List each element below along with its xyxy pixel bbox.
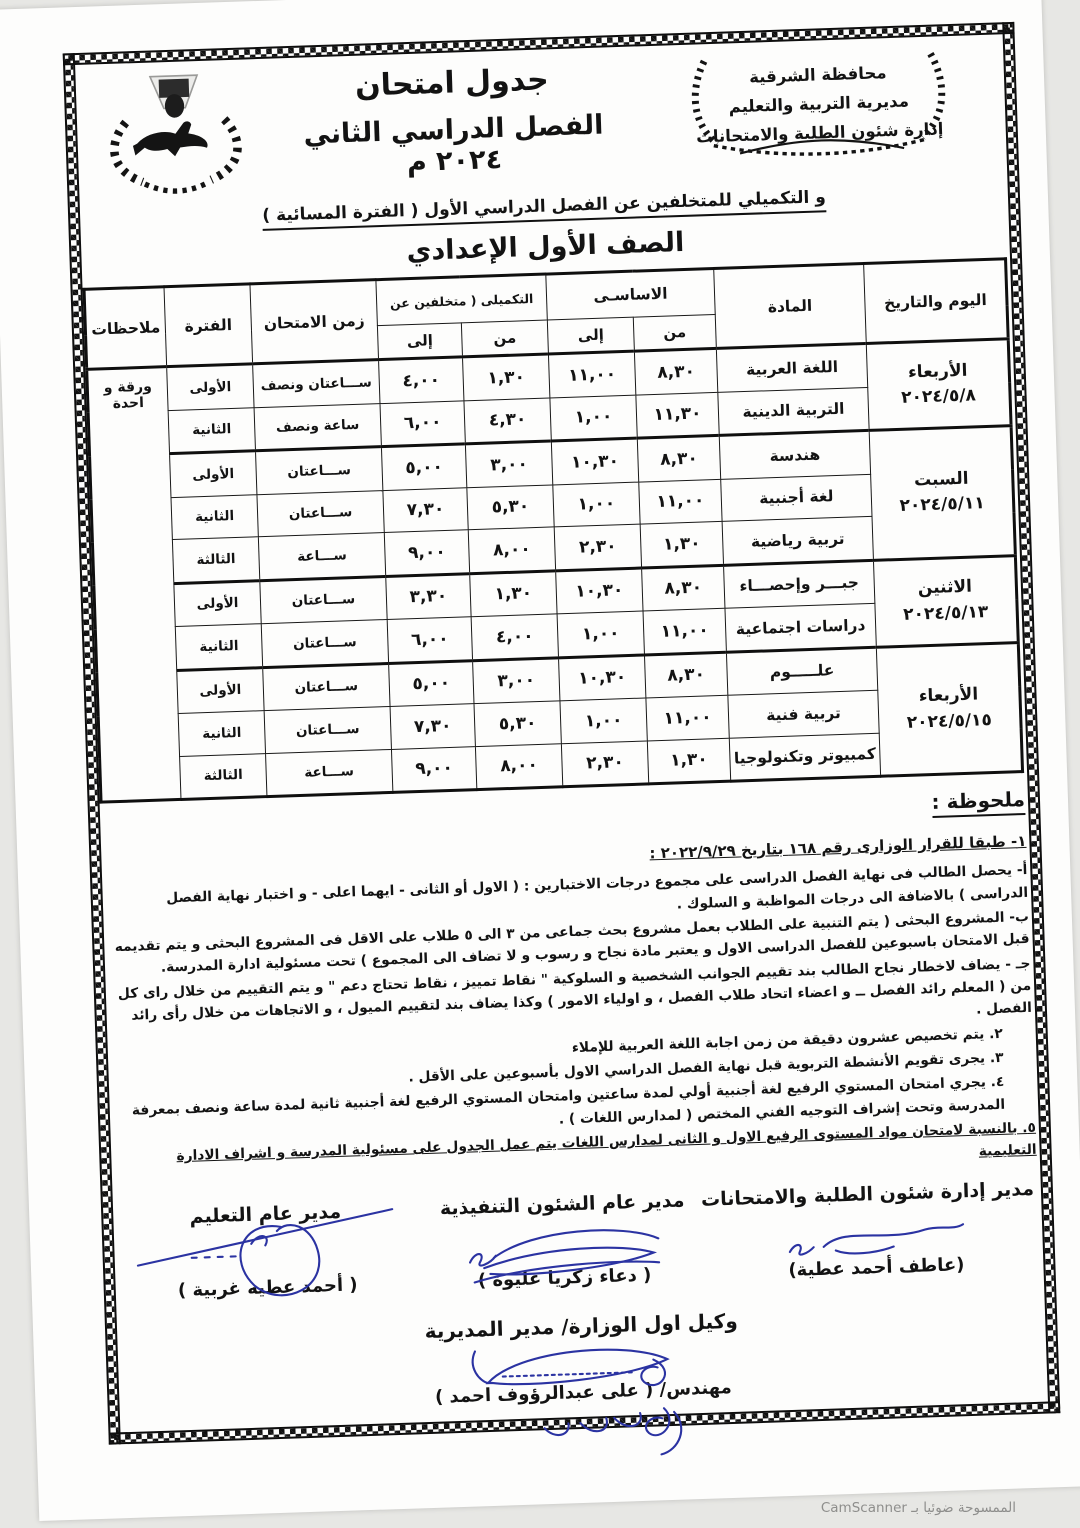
suppl-from-cell: ٨,٠٠ — [468, 527, 555, 573]
duration-cell: ســـاعتان — [260, 576, 387, 624]
basic-from-cell: ٨,٣٠ — [637, 435, 720, 481]
day-date: ٢٠٢٤/٥/١٥ — [881, 707, 1018, 737]
semester-title: الفصل الدراسي الثاني ٢٠٢٤ م — [270, 108, 638, 182]
exam-schedule-table: اليوم والتاريخ المادة الاساسـى التكميلى … — [82, 257, 1024, 803]
signature-education-director: مدير عام التعليم ( أحمد عطيه غربية ) — [120, 1198, 413, 1303]
suppl-from-cell: ١,٣٠ — [470, 570, 557, 616]
basic-to-cell: ١١,٠٠ — [548, 351, 635, 397]
day-date-cell: الأربعاء ٢٠٢٤/٥/٨ — [866, 339, 1011, 431]
subject-cell: جبـــر وإحصـــاء — [724, 560, 875, 608]
basic-from-cell: ١١,٣٠ — [636, 392, 719, 438]
suppl-from-cell: ٤,٠٠ — [471, 614, 558, 660]
suppl-to-cell: ٦,٠٠ — [387, 617, 472, 663]
col-header-subject: المادة — [714, 264, 867, 349]
suppl-to-cell: ٤,٠٠ — [379, 357, 464, 403]
period-cell: الثالثة — [172, 537, 259, 583]
signature-name: ( أحمد عطيه غربية ) — [122, 1272, 413, 1303]
basic-to-cell: ٢,٣٠ — [554, 524, 641, 570]
duration-cell: ســـاعتان — [257, 490, 384, 537]
basic-to-cell: ١,٠٠ — [560, 698, 647, 743]
basic-to-cell: ١٠,٣٠ — [558, 654, 645, 700]
signature-name: ( دعاء زكريا عليوة ) — [414, 1262, 715, 1293]
title-block: جدول امتحان الفصل الدراسي الثاني ٢٠٢٤ م — [268, 52, 638, 183]
page-title: جدول امتحان — [268, 59, 635, 106]
document-content: محافظة الشرقية مديرية التربية والتعليم إ… — [78, 39, 1045, 1427]
subject-cell: تربية فنية — [728, 690, 879, 737]
signature-title: مدير عام التعليم — [120, 1198, 411, 1230]
col-header-period: الفترة — [164, 284, 253, 367]
day-date-cell: الاثنين ٢٠٢٤/٥/١٣ — [873, 555, 1018, 647]
suppl-to-cell: ٧,٣٠ — [390, 704, 475, 749]
basic-from-cell: ٨,٣٠ — [634, 348, 717, 394]
subject-cell: تربية رياضية — [722, 516, 873, 564]
period-cell: الأولى — [170, 451, 257, 497]
notes-heading: ملحوظة : — [931, 787, 1025, 818]
period-cell: الأولى — [167, 364, 254, 410]
scanned-exam-schedule-page: { "page": { "scanned_by": "الممسوحة ضوئي… — [0, 0, 1080, 1528]
period-cell: الثانية — [168, 407, 255, 453]
signature-title: مدير عام الشئون التنفيذية — [412, 1188, 713, 1220]
basic-to-header: إلى — [547, 317, 634, 354]
basic-to-cell: ١,٠٠ — [557, 611, 644, 657]
basic-from-cell: ٨,٣٠ — [642, 565, 725, 611]
basic-to-cell: ١٠,٣٠ — [556, 568, 643, 614]
suppl-from-header: من — [461, 320, 548, 357]
basic-from-cell: ٨,٣٠ — [644, 652, 727, 698]
subject-cell: التربية الدينية — [718, 387, 869, 435]
day-date: ٢٠٢٤/٥/٨ — [870, 382, 1007, 412]
col-header-basic: الاساسـى — [546, 268, 715, 320]
day-date-cell: السبت ٢٠٢٤/٥/١١ — [869, 426, 1015, 560]
decorative-rope-frame: محافظة الشرقية مديرية التربية والتعليم إ… — [63, 22, 1061, 1445]
subject-cell: هندسة — [719, 430, 870, 478]
signature-title: وكيل اول الوزارة/ مدير المديرية — [366, 1307, 797, 1345]
suppl-to-cell: ٣,٣٠ — [386, 573, 471, 619]
signature-name: (عاطف أحمد عطية) — [716, 1252, 1037, 1284]
suppl-to-cell: ٩,٠٠ — [384, 530, 469, 576]
subject-cell: اللغة العربية — [716, 343, 867, 391]
period-cell: الأولى — [174, 580, 261, 626]
document-header: محافظة الشرقية مديرية التربية والتعليم إ… — [78, 39, 1004, 201]
suppl-to-cell: ٥,٠٠ — [381, 444, 466, 490]
suppl-from-cell: ٣,٠٠ — [473, 657, 560, 703]
subject-cell: كمبيوتر وتكنولوجيا — [729, 733, 880, 781]
day-date: ٢٠٢٤/٥/١١ — [874, 491, 1011, 521]
subject-cell: لغة أجنبية — [721, 474, 872, 521]
col-header-supplementary: التكميلى ( متخلفين عن — [376, 274, 547, 326]
suppl-to-header: إلى — [377, 323, 462, 360]
period-cell: الثانية — [178, 711, 265, 756]
subject-cell: دراسات اجتماعية — [725, 603, 876, 651]
suppl-from-cell: ٨,٠٠ — [475, 743, 562, 789]
period-cell: الأولى — [177, 667, 264, 713]
signature-undersecretary: وكيل اول الوزارة/ مدير المديرية مهندس/ (… — [366, 1307, 801, 1476]
basic-to-cell: ١,٠٠ — [553, 482, 640, 527]
notes-section: ملحوظة : ١- طبقا للقرار الوزارى رقم ١٦٨ … — [103, 787, 1037, 1192]
basic-to-cell: ١,٠٠ — [550, 395, 637, 441]
document-sheet: محافظة الشرقية مديرية التربية والتعليم إ… — [0, 0, 1080, 1521]
suppl-to-cell: ٦,٠٠ — [380, 400, 465, 446]
subject-cell: علـــــوم — [726, 647, 877, 695]
basic-from-cell: ١١,٠٠ — [643, 608, 726, 654]
duration-cell: ســـاعة — [258, 533, 385, 581]
camscanner-watermark: الممسوحة ضوئيا بـ CamScanner — [821, 1500, 1016, 1516]
day-date-cell: الأربعاء ٢٠٢٤/٥/١٥ — [876, 642, 1022, 776]
duration-cell: ســـاعتان — [264, 706, 391, 753]
suppl-from-cell: ٥,٣٠ — [467, 484, 554, 529]
basic-from-cell: ١,٣٠ — [647, 738, 730, 784]
duration-cell: ســـاعتان — [255, 447, 382, 495]
duration-cell: ســـاعتان — [261, 619, 388, 667]
suppl-to-cell: ٩,٠٠ — [391, 746, 476, 792]
day-date: ٢٠٢٤/٥/١٣ — [877, 599, 1014, 629]
suppl-from-cell: ١,٣٠ — [462, 354, 549, 400]
basic-from-cell: ١١,٠٠ — [639, 479, 722, 524]
basic-to-cell: ٢,٣٠ — [561, 740, 648, 786]
duration-cell: ســـاعة — [265, 749, 392, 797]
duration-cell: ســـاعتان ونصف — [253, 360, 380, 408]
col-header-duration: زمن الامتحان — [250, 280, 379, 364]
signature-executive-director: مدير عام الشئون التنفيذية ( دعاء زكريا ع… — [412, 1188, 715, 1293]
duration-cell: ســـاعتان — [263, 663, 390, 711]
notes-column-cell: ورقة و احدة — [87, 367, 181, 802]
signature-exams-director: مدير إدارة شئون الطلبة والامتحانات (عاطف… — [714, 1178, 1037, 1284]
duration-cell: ساعة ونصف — [254, 403, 381, 451]
suppl-from-cell: ٤,٣٠ — [464, 397, 551, 443]
basic-from-cell: ١,٣٠ — [640, 521, 723, 567]
suppl-to-cell: ٥,٠٠ — [389, 660, 474, 706]
directorate-block: محافظة الشرقية مديرية التربية والتعليم إ… — [634, 39, 1003, 162]
governorate-logo — [78, 64, 272, 202]
period-cell: الثانية — [171, 494, 258, 539]
period-cell: الثالثة — [180, 753, 267, 799]
signature-title: مدير إدارة شئون الطلبة والامتحانات — [714, 1178, 1035, 1211]
col-header-day-date: اليوم والتاريخ — [864, 259, 1009, 344]
basic-from-header: من — [633, 314, 716, 351]
col-header-notes: ملاحظات — [84, 287, 167, 370]
basic-from-cell: ١١,٠٠ — [646, 695, 729, 740]
horse-wreath-logo-icon — [98, 70, 252, 197]
suppl-from-cell: ٥,٣٠ — [474, 701, 561, 746]
suppl-to-cell: ٧,٣٠ — [383, 487, 468, 532]
handwritten-flourish-icon — [464, 1401, 706, 1469]
basic-to-cell: ١٠,٣٠ — [551, 438, 638, 484]
signatures-row: مدير إدارة شئون الطلبة والامتحانات (عاطف… — [116, 1178, 1041, 1304]
laurel-wreath-icon — [634, 39, 1003, 162]
period-cell: الثانية — [175, 624, 262, 670]
suppl-from-cell: ٣,٠٠ — [465, 441, 552, 487]
